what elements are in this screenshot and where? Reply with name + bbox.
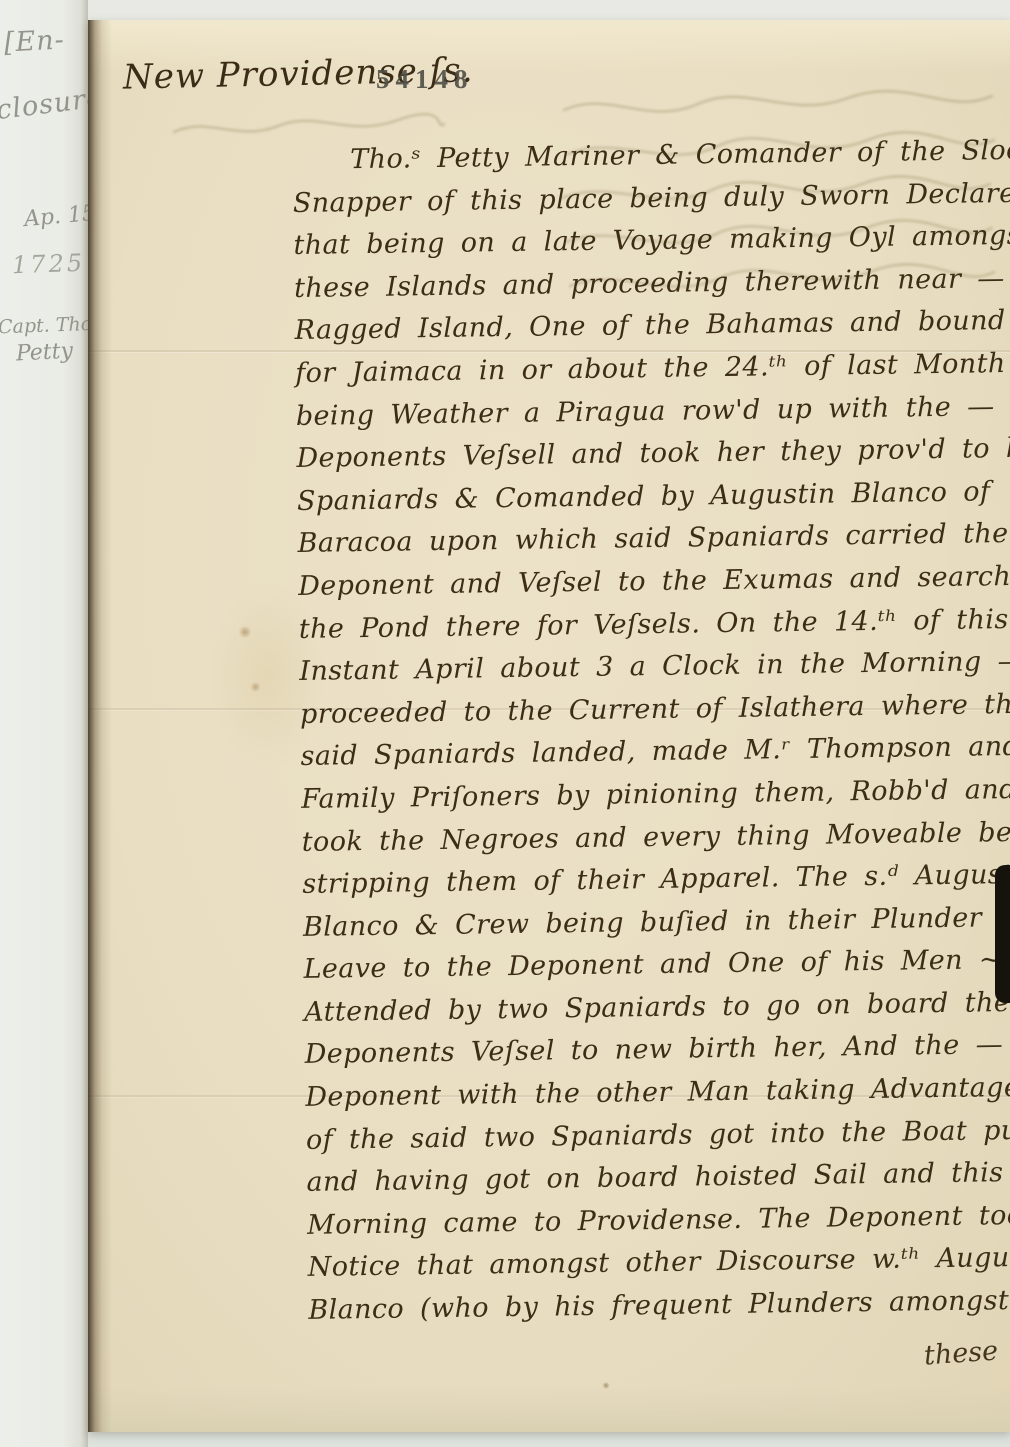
manuscript-page: New Providense ſs. 54148 Tho.ˢ Petty Mar… [88,20,1010,1432]
foxing-spot [602,1382,610,1389]
text-line: Blanco (who by his frequent Plunders amo… [308,1280,1010,1333]
date-annotation-year: 1725 [12,249,86,280]
deposition-body: Tho.ˢ Petty Mariner & Comander of the Sl… [292,130,1010,1333]
archive-stamp-number: 54148 [376,64,474,95]
subject-annotation-line2: Petty [15,339,73,367]
catchword: these [923,1335,999,1371]
enclosure-annotation-line1: [En- [3,24,65,58]
page-left-edge-shadow [88,20,112,1432]
foxing-spot [250,682,261,692]
archive-margin-strip: [En- closure] Ap. 15 1725 Capt. Thomas P… [0,0,88,1447]
foxing-spot [238,626,252,638]
scanned-manuscript-view: [En- closure] Ap. 15 1725 Capt. Thomas P… [0,0,1010,1447]
date-annotation-day: Ap. 15 [23,201,97,232]
page-tear [995,865,1010,1003]
